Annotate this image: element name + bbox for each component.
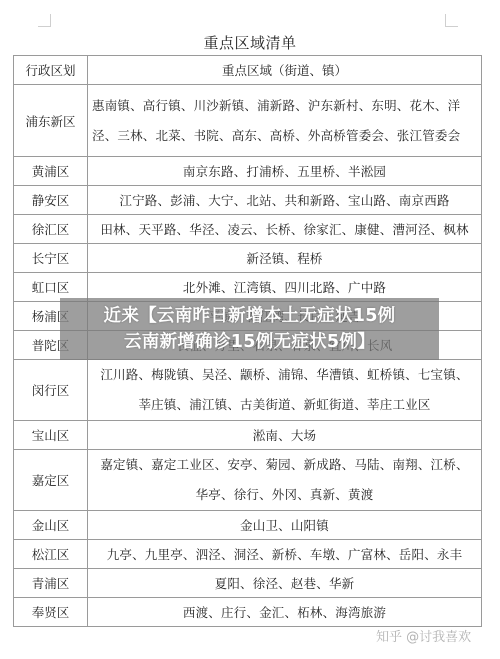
areas-cell: 嘉定镇、嘉定工业区、安亭、菊园、新成路、马陆、南翔、江桥、 华亭、徐行、外冈、真… xyxy=(88,450,482,511)
document-title: 重点区域清单 xyxy=(0,32,500,53)
areas-cell: 金山卫、山阳镇 xyxy=(88,511,482,540)
areas-line: 莘庄镇、浦江镇、古美街道、新虹街道、莘庄工业区 xyxy=(92,390,477,420)
district-cell: 嘉定区 xyxy=(14,450,88,511)
district-cell: 闵行区 xyxy=(14,360,88,421)
areas-cell: 江川路、梅陇镇、吴泾、颛桥、浦锦、华漕镇、虹桥镇、七宝镇、 莘庄镇、浦江镇、古美… xyxy=(88,360,482,421)
areas-cell: 新泾镇、程桥 xyxy=(88,244,482,273)
areas-cell: 淞南、大场 xyxy=(88,421,482,450)
district-cell: 松江区 xyxy=(14,540,88,569)
areas-cell: 惠南镇、高行镇、川沙新镇、浦新路、沪东新村、东明、花木、洋 泾、三林、北菜、书院… xyxy=(88,85,482,157)
areas-cell: 西渡、庄行、金汇、柘林、海湾旅游 xyxy=(88,598,482,627)
district-cell: 青浦区 xyxy=(14,569,88,598)
table-row: 黄浦区 南京东路、打浦桥、五里桥、半淞园 xyxy=(14,157,482,186)
table-row: 闵行区 江川路、梅陇镇、吴泾、颛桥、浦锦、华漕镇、虹桥镇、七宝镇、 莘庄镇、浦江… xyxy=(14,360,482,421)
table-row: 宝山区 淞南、大场 xyxy=(14,421,482,450)
areas-line: 泾、三林、北菜、书院、高东、高桥、外高桥管委会、张江管委会 xyxy=(92,121,477,151)
zhihu-watermark: 知乎 @讨我喜欢 xyxy=(376,626,471,645)
table-row: 静安区 江宁路、彭浦、大宁、北站、共和新路、宝山路、南京西路 xyxy=(14,186,482,215)
areas-cell: 夏阳、徐泾、赵巷、华新 xyxy=(88,569,482,598)
district-cell: 徐汇区 xyxy=(14,215,88,244)
district-cell: 奉贤区 xyxy=(14,598,88,627)
table-header-row: 行政区划 重点区域（街道、镇） xyxy=(14,56,482,85)
district-cell: 长宁区 xyxy=(14,244,88,273)
headline-line-2: 云南新增确诊15例无症状5例】 xyxy=(60,329,439,355)
areas-line: 华亭、徐行、外冈、真新、黄渡 xyxy=(92,480,477,510)
page-corner-mark-right xyxy=(445,14,458,27)
table-row: 浦东新区 惠南镇、高行镇、川沙新镇、浦新路、沪东新村、东明、花木、洋 泾、三林、… xyxy=(14,85,482,157)
areas-cell: 江宁路、彭浦、大宁、北站、共和新路、宝山路、南京西路 xyxy=(88,186,482,215)
header-key-areas: 重点区域（街道、镇） xyxy=(88,56,482,85)
table-row: 松江区 九亭、九里亭、泗泾、洞泾、新桥、车墩、广富林、岳阳、永丰 xyxy=(14,540,482,569)
areas-cell: 九亭、九里亭、泗泾、洞泾、新桥、车墩、广富林、岳阳、永丰 xyxy=(88,540,482,569)
areas-line: 嘉定镇、嘉定工业区、安亭、菊园、新成路、马陆、南翔、江桥、 xyxy=(92,450,477,480)
areas-line: 惠南镇、高行镇、川沙新镇、浦新路、沪东新村、东明、花木、洋 xyxy=(92,91,477,121)
table-row: 徐汇区 田林、天平路、华泾、凌云、长桥、徐家汇、康健、漕河泾、枫林 xyxy=(14,215,482,244)
district-cell: 静安区 xyxy=(14,186,88,215)
district-cell: 黄浦区 xyxy=(14,157,88,186)
areas-line: 江川路、梅陇镇、吴泾、颛桥、浦锦、华漕镇、虹桥镇、七宝镇、 xyxy=(92,360,477,390)
page-corner-mark-left xyxy=(38,14,51,27)
district-cell: 金山区 xyxy=(14,511,88,540)
table-row: 奉贤区 西渡、庄行、金汇、柘林、海湾旅游 xyxy=(14,598,482,627)
headline-line-1: 近来【云南昨日新增本土无症状15例 xyxy=(60,303,439,329)
district-cell: 浦东新区 xyxy=(14,85,88,157)
table-row: 嘉定区 嘉定镇、嘉定工业区、安亭、菊园、新成路、马陆、南翔、江桥、 华亭、徐行、… xyxy=(14,450,482,511)
table-row: 金山区 金山卫、山阳镇 xyxy=(14,511,482,540)
table-row: 青浦区 夏阳、徐泾、赵巷、华新 xyxy=(14,569,482,598)
table-row: 长宁区 新泾镇、程桥 xyxy=(14,244,482,273)
district-cell: 宝山区 xyxy=(14,421,88,450)
areas-cell: 南京东路、打浦桥、五里桥、半淞园 xyxy=(88,157,482,186)
header-district: 行政区划 xyxy=(14,56,88,85)
areas-cell: 田林、天平路、华泾、凌云、长桥、徐家汇、康健、漕河泾、枫林 xyxy=(88,215,482,244)
headline-overlay: 近来【云南昨日新增本土无症状15例 云南新增确诊15例无症状5例】 xyxy=(60,298,439,360)
